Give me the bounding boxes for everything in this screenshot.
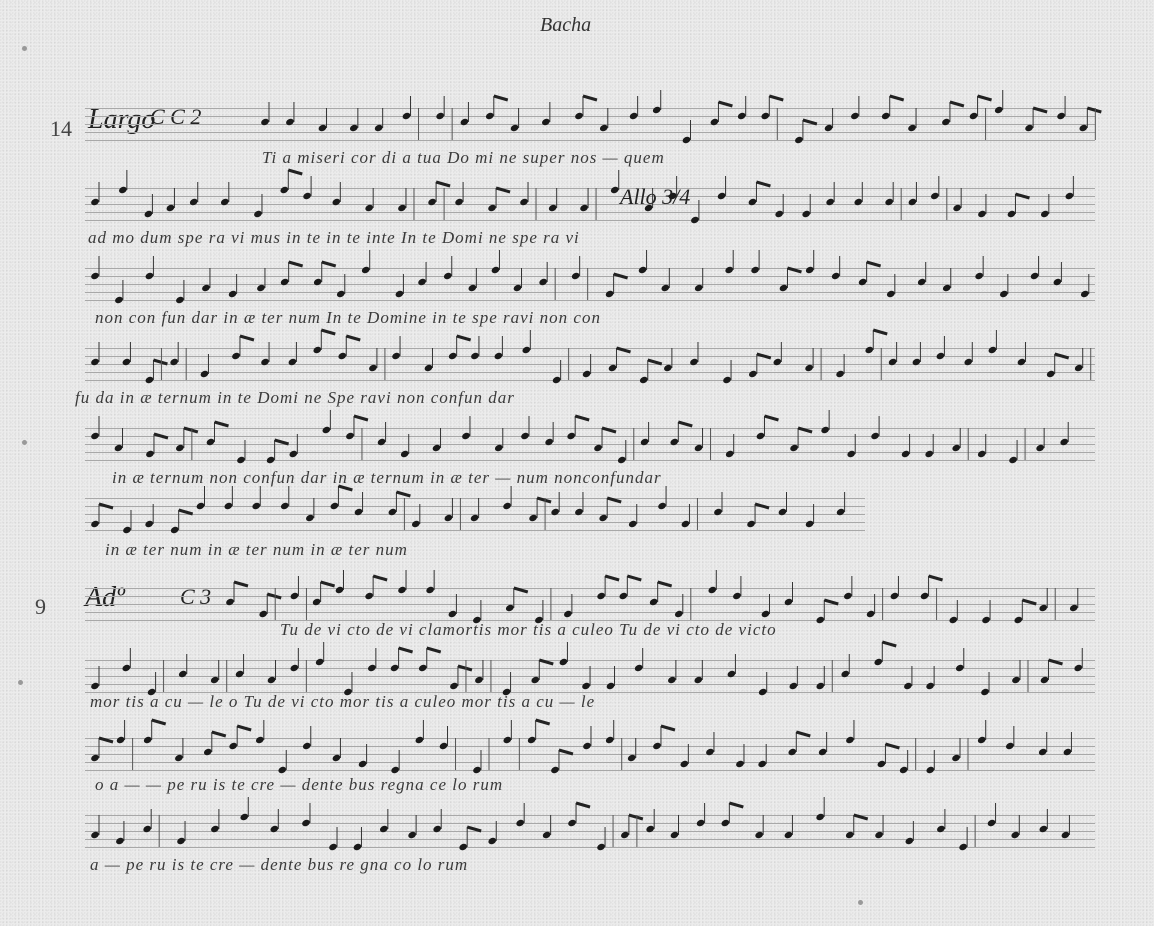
music-notation — [0, 0, 1154, 926]
